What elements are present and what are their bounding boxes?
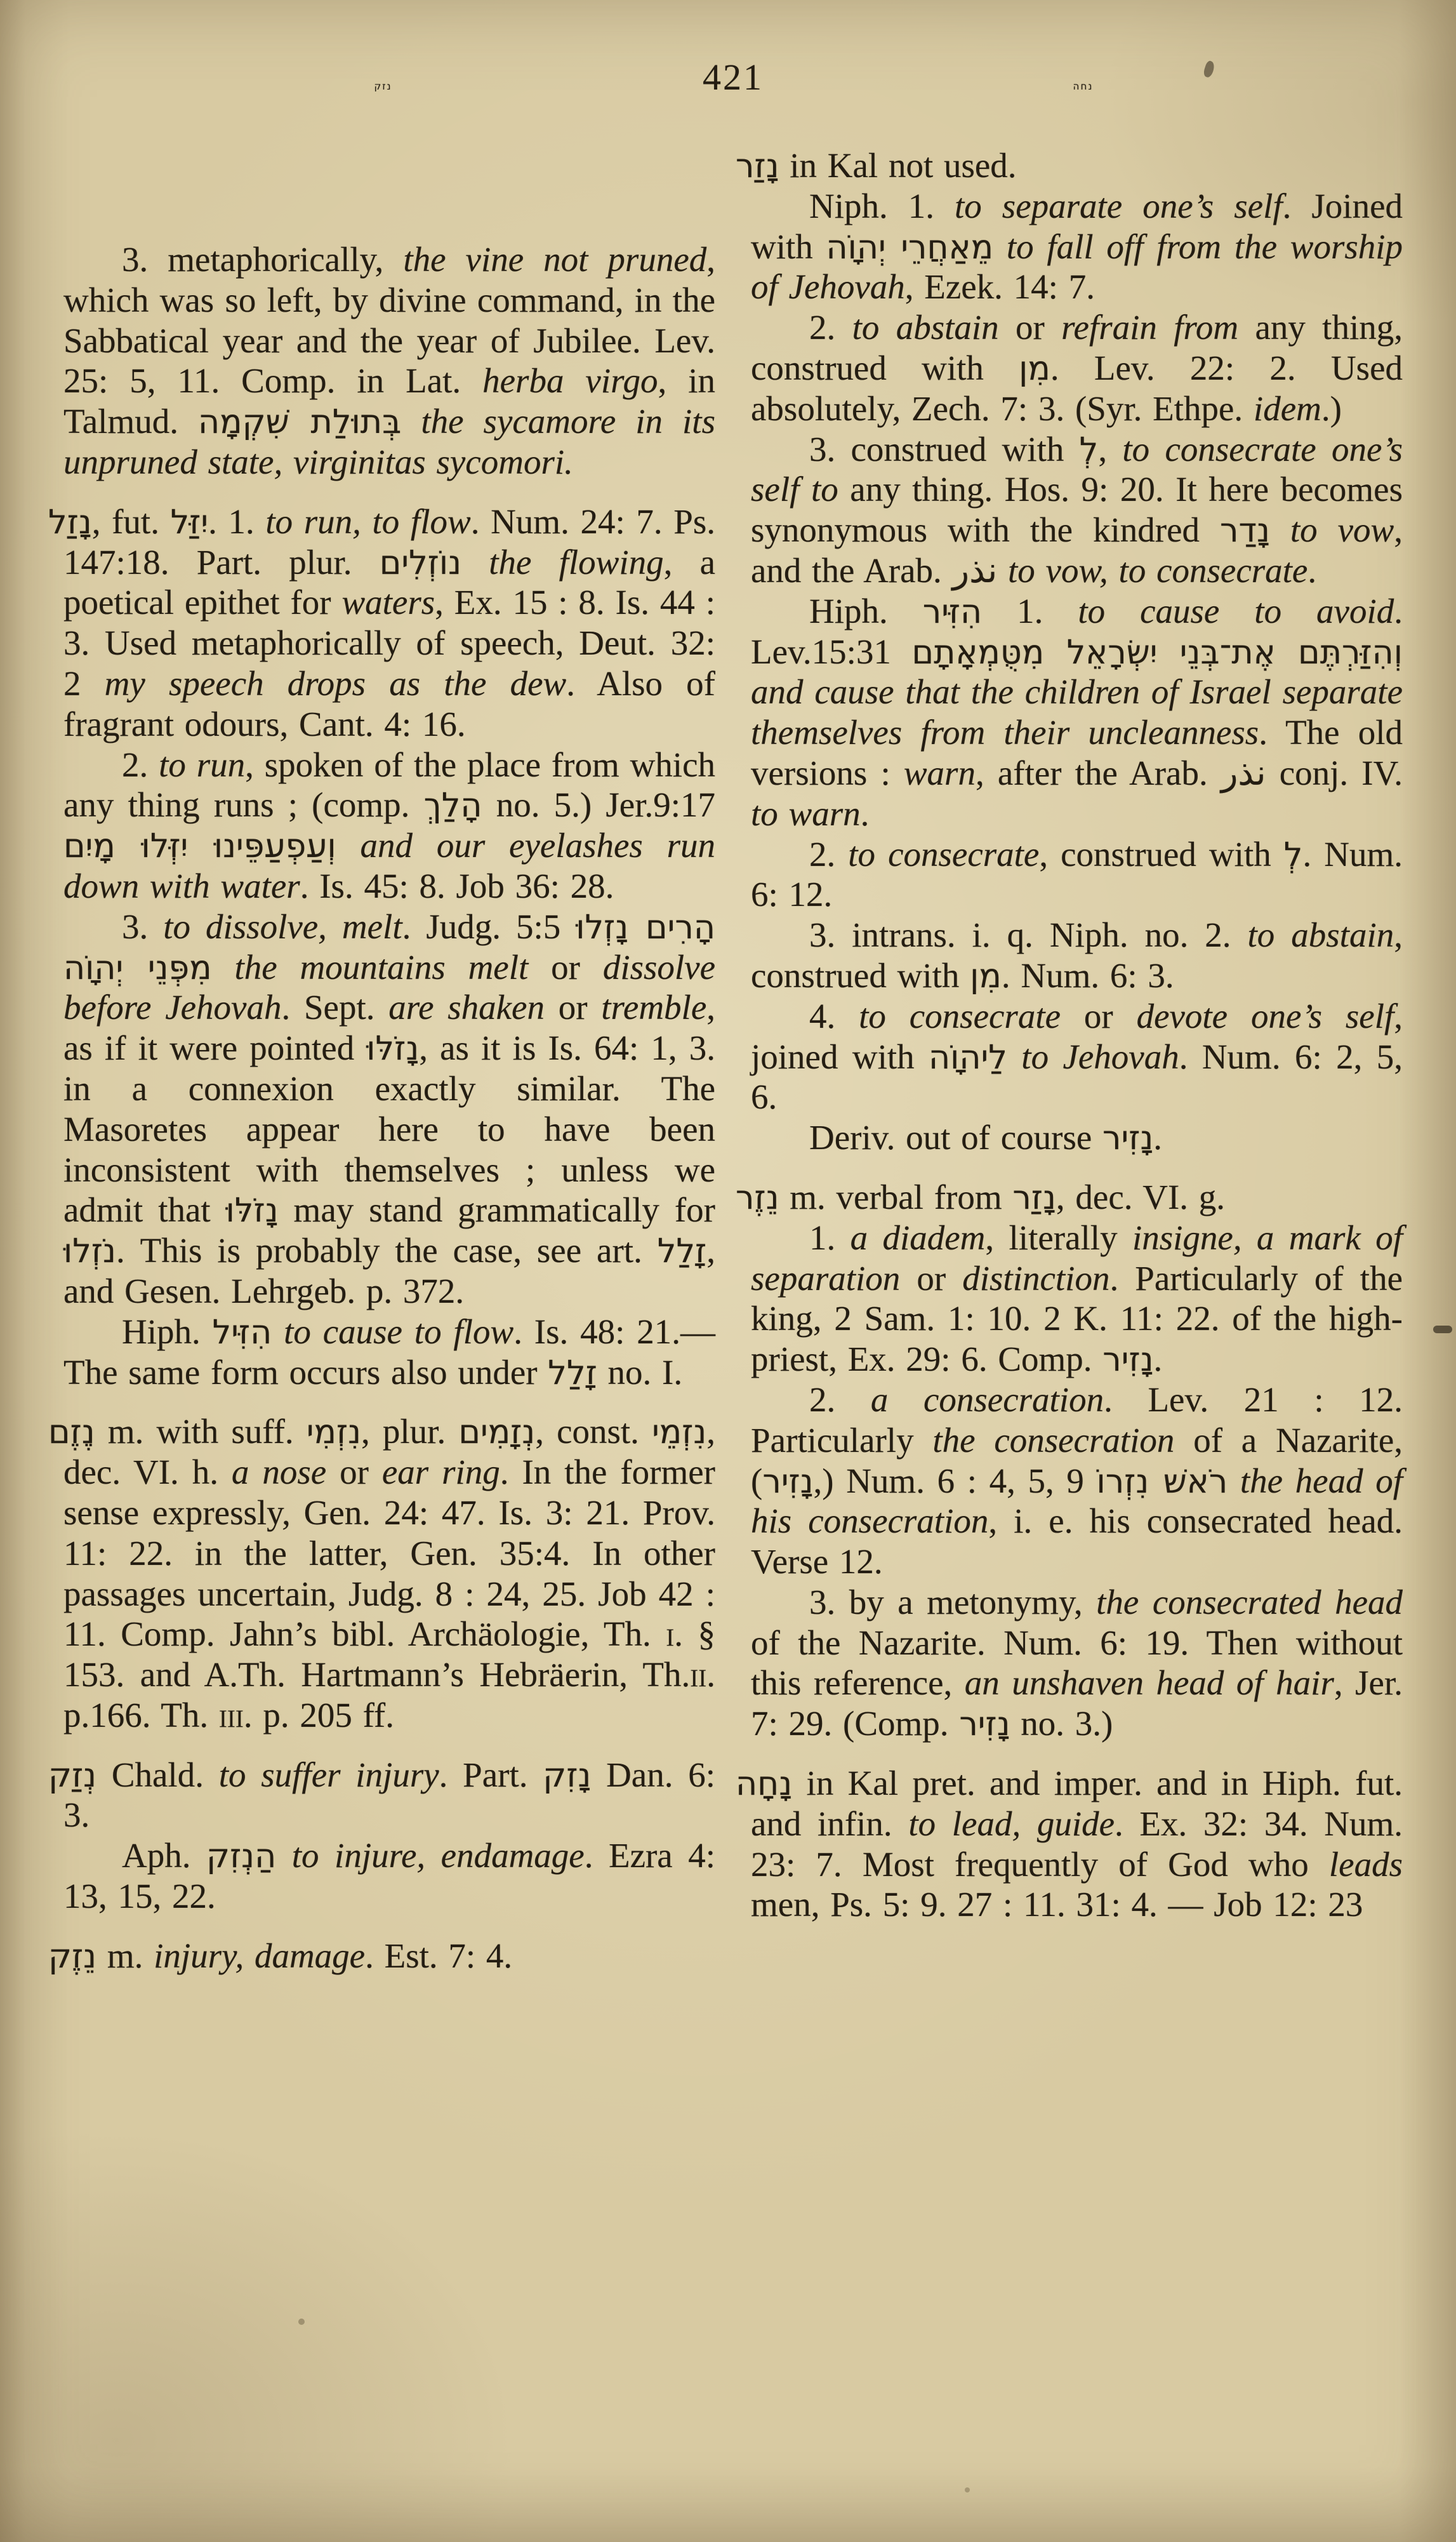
styled-text: to consecrate one’s self to bbox=[751, 430, 1403, 509]
hebrew-text: נִזְמִי bbox=[307, 1413, 361, 1451]
styled-text: the head of his consecration bbox=[751, 1461, 1403, 1541]
hebrew-text: נִזְמֵי bbox=[652, 1413, 706, 1451]
styled-text: to vow bbox=[1290, 510, 1394, 549]
styled-text: to suffer injury bbox=[219, 1755, 439, 1794]
hebrew-text: נָזִיר bbox=[959, 1705, 1010, 1743]
styled-text: tremble bbox=[601, 988, 706, 1027]
arabic-text: نذر bbox=[1221, 752, 1266, 793]
niphal-paragraph: Niph. 1. to separate one’s self. Joined … bbox=[751, 186, 1403, 307]
styled-text: warn bbox=[904, 754, 976, 792]
styled-text: to cause to flow bbox=[284, 1312, 513, 1351]
hebrew-text: נָזִיר bbox=[762, 1463, 813, 1501]
right-catchword: נחה bbox=[764, 81, 1403, 92]
hebrew-text: נָזִק bbox=[543, 1757, 591, 1795]
hebrew-text: נָזַר bbox=[1012, 1179, 1056, 1217]
scanned-book-page: נזק 421 נחה 3. metaphorically, the vine … bbox=[0, 0, 1456, 2542]
entry-nezer: נֵזֶר m. verbal from נָזַר, dec. VI. g. bbox=[751, 1177, 1403, 1218]
styled-text: to separate one’s self bbox=[955, 187, 1283, 225]
styled-text: a consecration bbox=[871, 1380, 1104, 1419]
styled-text: to run, to flow bbox=[265, 502, 470, 541]
hebrew-text: מִן bbox=[1019, 350, 1050, 388]
styled-text: a nose bbox=[232, 1453, 326, 1491]
styled-text: to vow, to consecrate bbox=[1008, 551, 1307, 590]
left-catchword: נזק bbox=[63, 81, 703, 92]
styled-text: iii. bbox=[219, 1696, 253, 1734]
styled-text: devote one’s self bbox=[1137, 997, 1394, 1035]
entry-nezem: נֶזֶם m. with suff. נִזְמִי, plur. נְזָמ… bbox=[63, 1411, 715, 1735]
hebrew-text: רֹאשׁ נִזְרוֹ bbox=[1097, 1463, 1228, 1501]
hebrew-text: זָלַל bbox=[658, 1232, 706, 1270]
styled-text: to consecrate bbox=[859, 997, 1061, 1035]
deriv-paragraph: Deriv. out of course נָזִיר. bbox=[751, 1117, 1403, 1158]
entry-nachah: נָחָה in Kal pret. and imper. and in Hip… bbox=[751, 1763, 1403, 1925]
styled-text: the mountains melt bbox=[235, 948, 529, 987]
styled-text: waters bbox=[341, 583, 435, 622]
styled-text: to run bbox=[159, 745, 245, 784]
styled-text: i. bbox=[666, 1614, 683, 1653]
hebrew-text: מֵאַחֲרֵי יְהוָֹה bbox=[826, 229, 994, 267]
hebrew-text: וְהִזַּרְתֶּם אֶת־בְּנֵי יִשְׂרָאֵל מִטֻ… bbox=[911, 634, 1403, 672]
entry-nazal: נָזַל, fut. יִזַּל. 1. to run, to flow. … bbox=[63, 502, 715, 745]
hiphil-sense-2: 2. to consecrate, construed with לְ. Num… bbox=[751, 834, 1403, 915]
styled-text: injury, damage bbox=[154, 1936, 365, 1975]
hebrew-text: נְזָמִים bbox=[458, 1413, 535, 1451]
hebrew-text: נוֹזְלִים bbox=[380, 544, 461, 582]
styled-text: ii. bbox=[690, 1655, 715, 1694]
styled-text: to Jehovah bbox=[1021, 1037, 1179, 1076]
hiphil-sense-4: 4. to consecrate or devote one’s self, j… bbox=[751, 996, 1403, 1117]
hiphil-paragraph: Hiph. הִזִּיל to cause to flow. Is. 48: … bbox=[63, 1312, 715, 1393]
paper-speck bbox=[298, 2319, 305, 2325]
text-body: 3. metaphorically, the vine not pruned, … bbox=[0, 98, 1456, 1976]
right-column: נָזַר in Kal not used.Niph. 1. to separa… bbox=[751, 145, 1403, 1976]
styled-text: to lead, guide bbox=[908, 1804, 1115, 1843]
sense-3: 3. to dissolve, melt. Judg. 5:5 הָרִים נ… bbox=[63, 907, 715, 1312]
sense-2: 2. to run, spoken of the place from whic… bbox=[63, 745, 715, 907]
hebrew-text: בְּתוּלַת שִׁקְמָה bbox=[198, 403, 401, 441]
hebrew-text: נָזַל bbox=[48, 503, 92, 542]
aphel-paragraph: Aph. הַנְזִק to injure, endamage. Ezra 4… bbox=[63, 1835, 715, 1917]
styled-text: the consecration bbox=[932, 1421, 1174, 1460]
styled-text: the flowing bbox=[489, 543, 663, 582]
hebrew-text: לְ bbox=[1080, 431, 1099, 469]
hebrew-text: נָזִיר bbox=[1102, 1341, 1153, 1379]
styled-text: leads bbox=[1329, 1845, 1403, 1884]
hebrew-text: לְ bbox=[1284, 836, 1303, 874]
styled-text: distinction bbox=[962, 1259, 1109, 1298]
hebrew-text: הָלַךְ bbox=[424, 787, 482, 825]
hiphil-sense-3: 3. intrans. i. q. Niph. no. 2. to abstai… bbox=[751, 915, 1403, 996]
hiphil-paragraph: Hiph. הִזִּיר 1. to cause to avoid. Lev.… bbox=[751, 591, 1403, 834]
styled-text: the vine not pruned bbox=[403, 240, 706, 279]
hebrew-text: נֹזְלוּ bbox=[63, 1232, 116, 1270]
hebrew-text: נָחָה bbox=[736, 1765, 792, 1803]
styled-text: to abstain bbox=[1248, 915, 1394, 954]
hebrew-text: הַנְזִק bbox=[206, 1837, 276, 1875]
styled-text: and cause that the children of Israel se… bbox=[751, 672, 1403, 752]
hebrew-text: נָדַר bbox=[1220, 512, 1270, 550]
styled-text: refrain from bbox=[1061, 308, 1238, 347]
paper-speck bbox=[965, 2487, 970, 2492]
hebrew-text: נָזַר bbox=[736, 147, 779, 185]
sense-3-continuation: 3. metaphorically, the vine not pruned, … bbox=[63, 239, 715, 482]
hebrew-text: יִזַּל bbox=[171, 503, 208, 542]
hebrew-text: נֵזֶק bbox=[48, 1938, 96, 1976]
hebrew-text: הִזִּיל bbox=[213, 1314, 272, 1352]
entry-nezeq: נֵזֶק m. injury, damage. Est. 7: 4. bbox=[63, 1936, 715, 1976]
styled-text: ear ring bbox=[382, 1453, 500, 1491]
hebrew-text: נֵזֶר bbox=[736, 1179, 779, 1217]
left-column: 3. metaphorically, the vine not pruned, … bbox=[63, 145, 715, 1976]
styled-text: herba virgo bbox=[482, 361, 658, 400]
styled-text: a diadem bbox=[850, 1218, 986, 1257]
styled-text: my speech drops as the dew bbox=[105, 664, 567, 703]
styled-text: to dissolve, melt bbox=[163, 907, 402, 946]
hebrew-text: זָלַל bbox=[548, 1354, 597, 1392]
niphal-sense-3: 3. construed with לְ, to consecrate one’… bbox=[751, 429, 1403, 591]
page-header: נזק 421 נחה bbox=[0, 0, 1456, 98]
styled-text: an unshaven head of hair bbox=[965, 1663, 1334, 1702]
styled-text: to warn bbox=[751, 794, 861, 833]
styled-text: are shaken bbox=[388, 988, 545, 1027]
hebrew-text: נָזֹלּוּ bbox=[366, 1030, 419, 1068]
styled-text: to abstain bbox=[852, 308, 999, 347]
hebrew-text: לַיהוָֹה bbox=[929, 1039, 1007, 1077]
niphal-sense-2: 2. to abstain or refrain from any thing,… bbox=[751, 307, 1403, 429]
hebrew-text: נָזִיר bbox=[1102, 1119, 1153, 1157]
hebrew-text: נֶזֶם bbox=[48, 1413, 95, 1451]
nezer-sense-1: 1. a diadem, literally insigne, a mark o… bbox=[751, 1218, 1403, 1380]
styled-text: to consecrate bbox=[848, 835, 1039, 874]
nezer-sense-2: 2. a consecration. Lev. 21 : 12. Particu… bbox=[751, 1380, 1403, 1582]
entry-nezaq-chald: נְזַק Chald. to suffer injury. Part. נָז… bbox=[63, 1755, 715, 1836]
styled-text: to injure, endamage bbox=[292, 1836, 585, 1875]
hebrew-text: וְעַפְעַפֵּינוּ יִזְּלוּ מָיִם bbox=[63, 827, 336, 865]
entry-nazar: נָזַר in Kal not used. bbox=[751, 145, 1403, 186]
styled-text: to cause to avoid bbox=[1078, 592, 1394, 630]
hebrew-text: נְזַק bbox=[48, 1757, 96, 1795]
hebrew-text: מִן bbox=[970, 957, 1002, 995]
arabic-text: نذر bbox=[953, 550, 998, 590]
styled-text: idem bbox=[1254, 389, 1321, 428]
hebrew-text: נָזֹלּוּ bbox=[226, 1192, 279, 1230]
styled-text: the consecrated head bbox=[1096, 1583, 1403, 1621]
nezer-sense-3: 3. by a metonymy, the consecrated head o… bbox=[751, 1582, 1403, 1744]
page-number: 421 bbox=[703, 56, 764, 98]
hebrew-text: הִזִּיר bbox=[923, 593, 982, 631]
